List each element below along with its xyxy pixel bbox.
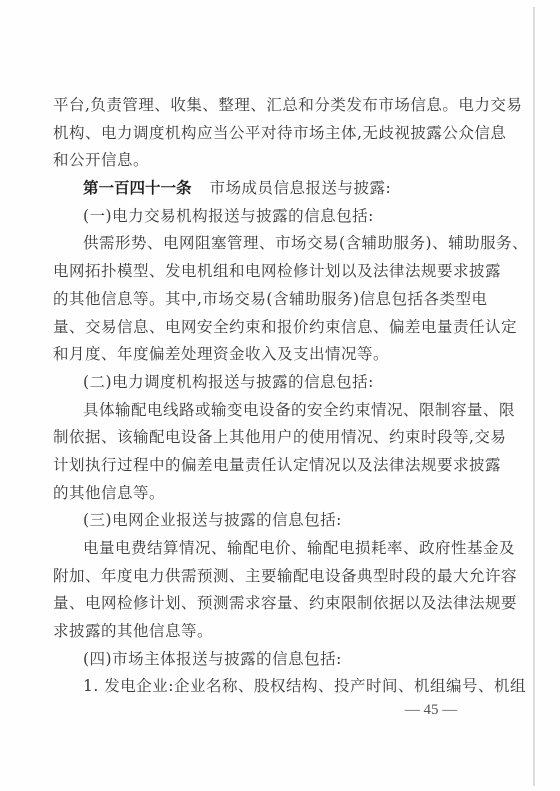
paragraph-line: 具体输配电线路或输变电设备的安全约束情况、限制容量、限 <box>53 397 463 425</box>
paragraph-line: 供需形势、电网阻塞管理、市场交易(含辅助服务)、辅助服务、 <box>53 230 463 258</box>
article-title: 市场成员信息报送与披露: <box>210 179 392 197</box>
document-body: 平台,负责管理、收集、整理、汇总和分类发布市场信息。电力交易 机构、电力调度机构… <box>53 92 463 701</box>
section-heading: (四)市场主体报送与披露的信息包括: <box>53 646 463 674</box>
section-heading: (三)电网企业报送与披露的信息包括: <box>53 507 463 535</box>
paragraph-line: 量、电网检修计划、预测需求容量、约束限制依据以及法律法规要 <box>53 590 463 618</box>
paragraph-line: 制依据、该输配电设备上其他用户的使用情况、约束时段等,交易 <box>53 424 463 452</box>
section-heading: (二)电力调度机构报送与披露的信息包括: <box>53 369 463 397</box>
paragraph-line: 附加、年度电力供需预测、主要输配电设备典型时段的最大允许容 <box>53 563 463 591</box>
paragraph-line: 平台,负责管理、收集、整理、汇总和分类发布市场信息。电力交易 <box>53 92 463 120</box>
paragraph-line: 量、交易信息、电网安全约束和报价约束信息、偏差电量责任认定 <box>53 314 463 342</box>
paragraph-line: 求披露的其他信息等。 <box>53 618 463 646</box>
paragraph-line: 机构、电力调度机构应当公平对待市场主体,无歧视披露公众信息 <box>53 120 463 148</box>
article-number: 第一百四十一条 <box>83 179 192 197</box>
paragraph-line: 电量电费结算情况、输配电价、输配电损耗率、政府性基金及 <box>53 535 463 563</box>
paragraph-line: 计划执行过程中的偏差电量责任认定情况以及法律法规要求披露 <box>53 452 463 480</box>
paragraph-line: 和月度、年度偏差处理资金收入及支出情况等。 <box>53 341 463 369</box>
article-heading: 第一百四十一条市场成员信息报送与披露: <box>53 175 463 203</box>
document-page: 平台,负责管理、收集、整理、汇总和分类发布市场信息。电力交易 机构、电力调度机构… <box>0 0 560 791</box>
paragraph-line: 的其他信息等。其中,市场交易(含辅助服务)信息包括各类型电 <box>53 286 463 314</box>
paragraph-line: 1. 发电企业:企业名称、股权结构、投产时间、机组编号、机组 <box>53 673 463 701</box>
paragraph-line: 和公开信息。 <box>53 147 463 175</box>
paragraph-line: 电网拓扑模型、发电机组和电网检修计划以及法律法规要求披露 <box>53 258 463 286</box>
section-heading: (一)电力交易机构报送与披露的信息包括: <box>53 203 463 231</box>
page-number: — 45 — <box>400 702 462 719</box>
paragraph-line: 的其他信息等。 <box>53 480 463 508</box>
scan-edge-line <box>533 7 535 786</box>
